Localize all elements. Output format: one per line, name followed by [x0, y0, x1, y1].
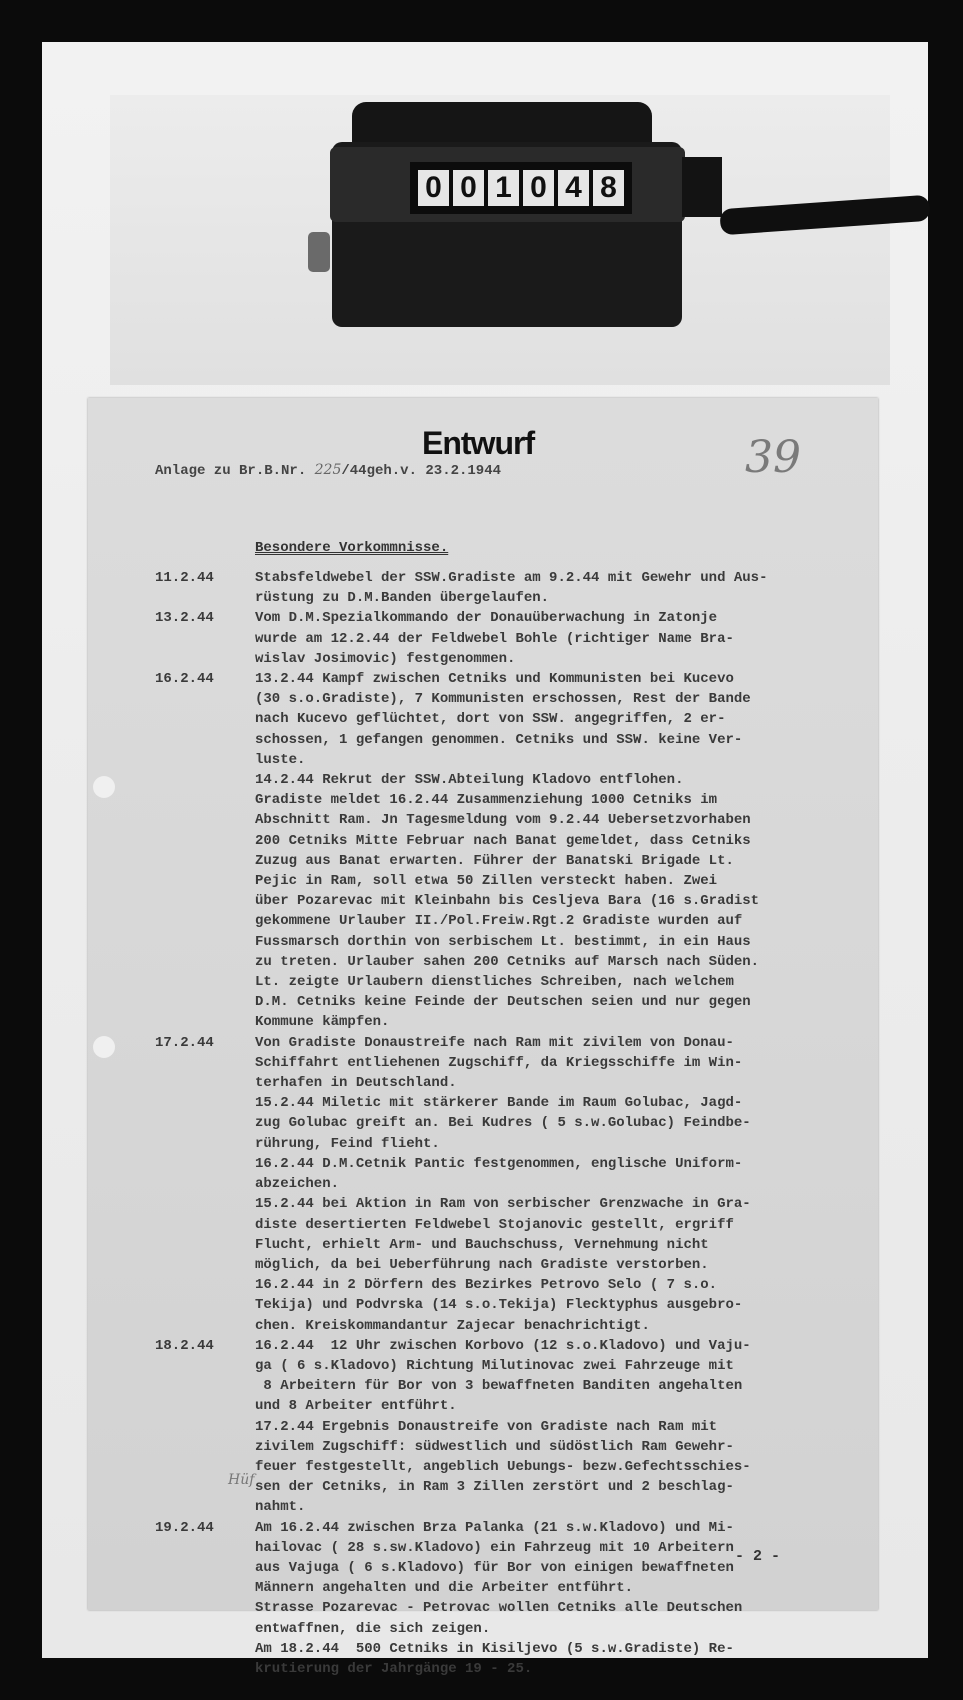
entry-line: möglich, da bei Ueberführung nach Gradis…	[255, 1255, 875, 1275]
entry-line: terhafen in Deutschland.	[255, 1073, 875, 1093]
page-number: - 2 -	[735, 1548, 780, 1565]
entry-line: zug Golubac greift an. Bei Kudres ( 5 s.…	[255, 1113, 875, 1133]
entry-line: Flucht, erhielt Arm- und Bauchschuss, Ve…	[255, 1235, 875, 1255]
entry-line: Vom D.M.Spezialkommando der Donauüberwac…	[255, 608, 875, 628]
entry-line: 15.2.44 bei Aktion in Ram von serbischer…	[255, 1194, 875, 1214]
log-entry: 11.2.44Stabsfeldwebel der SSW.Gradiste a…	[155, 568, 875, 608]
entry-line: 13.2.44 Kampf zwischen Cetniks und Kommu…	[255, 669, 875, 689]
incident-log: 11.2.44Stabsfeldwebel der SSW.Gradiste a…	[155, 568, 875, 1679]
entry-line: Lt. zeigte Urlaubern dienstliches Schrei…	[255, 972, 875, 992]
counter-digit: 0	[418, 170, 449, 206]
log-entry: 18.2.4416.2.44 12 Uhr zwischen Korbovo (…	[155, 1336, 875, 1518]
entry-text: Vom D.M.Spezialkommando der Donauüberwac…	[255, 608, 875, 669]
entry-line: nahmt.	[255, 1497, 875, 1517]
log-entry: 16.2.4413.2.44 Kampf zwischen Cetniks un…	[155, 669, 875, 1033]
log-entry: 17.2.44Von Gradiste Donaustreife nach Ra…	[155, 1033, 875, 1336]
entry-line: entwaffnen, die sich zeigen.	[255, 1619, 875, 1639]
reference-line: Anlage zu Br.B.Nr. 225/44geh.v. 23.2.194…	[155, 462, 501, 479]
counter-digit: 1	[488, 170, 519, 206]
entry-line: abzeichen.	[255, 1174, 875, 1194]
punch-hole	[93, 1036, 115, 1058]
entry-text: 16.2.44 12 Uhr zwischen Korbovo (12 s.o.…	[255, 1336, 875, 1518]
entry-line: (30 s.o.Gradiste), 7 Kommunisten erschos…	[255, 689, 875, 709]
entry-line: rüstung zu D.M.Banden übergelaufen.	[255, 588, 875, 608]
entry-text: Von Gradiste Donaustreife nach Ram mit z…	[255, 1033, 875, 1336]
punch-hole	[93, 776, 115, 798]
entry-line: schossen, 1 gefangen genommen. Cetniks u…	[255, 730, 875, 750]
entry-line: 16.2.44 in 2 Dörfern des Bezirkes Petrov…	[255, 1275, 875, 1295]
entry-line: Pejic in Ram, soll etwa 50 Zillen verste…	[255, 871, 875, 891]
marginal-note: Hüf	[228, 1472, 254, 1488]
log-entry: 13.2.44Vom D.M.Spezialkommando der Donau…	[155, 608, 875, 669]
entry-line: aus Vajuga ( 6 s.Kladovo) für Bor von ei…	[255, 1558, 875, 1578]
entry-line: 17.2.44 Ergebnis Donaustreife von Gradis…	[255, 1417, 875, 1437]
entry-date: 17.2.44	[155, 1033, 255, 1336]
entry-line: Stabsfeldwebel der SSW.Gradiste am 9.2.4…	[255, 568, 875, 588]
entry-line: diste desertierten Feldwebel Stojanovic …	[255, 1215, 875, 1235]
entry-date: 16.2.44	[155, 669, 255, 1033]
entry-line: zu treten. Urlauber sahen 200 Cetniks au…	[255, 952, 875, 972]
entry-line: Männern angehalten und die Arbeiter entf…	[255, 1578, 875, 1598]
counter-digit: 0	[453, 170, 484, 206]
entry-line: 15.2.44 Miletic mit stärkerer Bande im R…	[255, 1093, 875, 1113]
section-heading: Besondere Vorkommnisse.	[255, 540, 448, 556]
reference-prefix: Anlage zu Br.B.Nr.	[155, 463, 315, 479]
entry-date: 18.2.44	[155, 1336, 255, 1518]
entry-date: 13.2.44	[155, 608, 255, 669]
entry-line: feuer festgestellt, angeblich Uebungs- b…	[255, 1457, 875, 1477]
entry-text: 13.2.44 Kampf zwischen Cetniks und Kommu…	[255, 669, 875, 1033]
counter-digits: 0 0 1 0 4 8	[410, 162, 632, 214]
entry-line: Abschnitt Ram. Jn Tagesmeldung vom 9.2.4…	[255, 810, 875, 830]
entry-line: chen. Kreiskommandantur Zajecar benachri…	[255, 1316, 875, 1336]
counter-digit: 4	[558, 170, 589, 206]
frame-counter: 0 0 1 0 4 8	[332, 102, 682, 327]
entry-line: Gradiste meldet 16.2.44 Zusammenziehung …	[255, 790, 875, 810]
entry-line: sen der Cetniks, in Ram 3 Zillen zerstör…	[255, 1477, 875, 1497]
entry-line: Von Gradiste Donaustreife nach Ram mit z…	[255, 1033, 875, 1053]
entry-line: 200 Cetniks Mitte Februar nach Banat gem…	[255, 831, 875, 851]
entry-line: 16.2.44 12 Uhr zwischen Korbovo (12 s.o.…	[255, 1336, 875, 1356]
entry-line: Zuzug aus Banat erwarten. Führer der Ban…	[255, 851, 875, 871]
entry-line: Am 16.2.44 zwischen Brza Palanka (21 s.w…	[255, 1518, 875, 1538]
counter-clip	[308, 232, 330, 272]
entry-text: Am 16.2.44 zwischen Brza Palanka (21 s.w…	[255, 1518, 875, 1680]
entry-line: Fussmarsch dorthin von serbischem Lt. be…	[255, 932, 875, 952]
entry-line: Strasse Pozarevac - Petrovac wollen Cetn…	[255, 1598, 875, 1618]
log-entry: 19.2.44Am 16.2.44 zwischen Brza Palanka …	[155, 1518, 875, 1680]
entry-date: 19.2.44	[155, 1518, 255, 1680]
entry-line: hailovac ( 28 s.sw.Kladovo) ein Fahrzeug…	[255, 1538, 875, 1558]
counter-digit: 0	[523, 170, 554, 206]
entry-line: ga ( 6 s.Kladovo) Richtung Milutinovac z…	[255, 1356, 875, 1376]
entry-line: Tekija) und Podvrska (14 s.o.Tekija) Fle…	[255, 1295, 875, 1315]
counter-digit: 8	[593, 170, 624, 206]
entry-line: gekommene Urlauber II./Pol.Freiw.Rgt.2 G…	[255, 911, 875, 931]
entry-line: rührung, Feind flieht.	[255, 1134, 875, 1154]
entry-line: Kommune kämpfen.	[255, 1012, 875, 1032]
entry-line: luste.	[255, 750, 875, 770]
entry-line: wurde am 12.2.44 der Feldwebel Bohle (ri…	[255, 629, 875, 649]
folio-number: 39	[745, 432, 801, 483]
entry-line: krutierung der Jahrgänge 19 - 25.	[255, 1659, 875, 1679]
reference-suffix: /44geh.v. 23.2.1944	[341, 463, 501, 479]
entry-line: Schiffahrt entliehenen Zugschiff, da Kri…	[255, 1053, 875, 1073]
entry-line: und 8 Arbeiter entführt.	[255, 1396, 875, 1416]
entry-text: Stabsfeldwebel der SSW.Gradiste am 9.2.4…	[255, 568, 875, 608]
entry-line: über Pozarevac mit Kleinbahn bis Cesljev…	[255, 891, 875, 911]
entry-line: 14.2.44 Rekrut der SSW.Abteilung Kladovo…	[255, 770, 875, 790]
entry-line: nach Kucevo geflüchtet, dort von SSW. an…	[255, 709, 875, 729]
entry-line: 16.2.44 D.M.Cetnik Pantic festgenommen, …	[255, 1154, 875, 1174]
entry-line: zivilem Zugschiff: südwestlich und südös…	[255, 1437, 875, 1457]
entry-line: D.M. Cetniks keine Feinde der Deutschen …	[255, 992, 875, 1012]
draft-stamp: Entwurf	[422, 425, 534, 462]
entry-date: 11.2.44	[155, 568, 255, 608]
handwritten-number: 225	[315, 462, 342, 478]
entry-line: wislav Josimovic) festgenommen.	[255, 649, 875, 669]
entry-line: 8 Arbeitern für Bor von 3 bewaffneten Ba…	[255, 1376, 875, 1396]
entry-line: Am 18.2.44 500 Cetniks in Kisiljevo (5 s…	[255, 1639, 875, 1659]
